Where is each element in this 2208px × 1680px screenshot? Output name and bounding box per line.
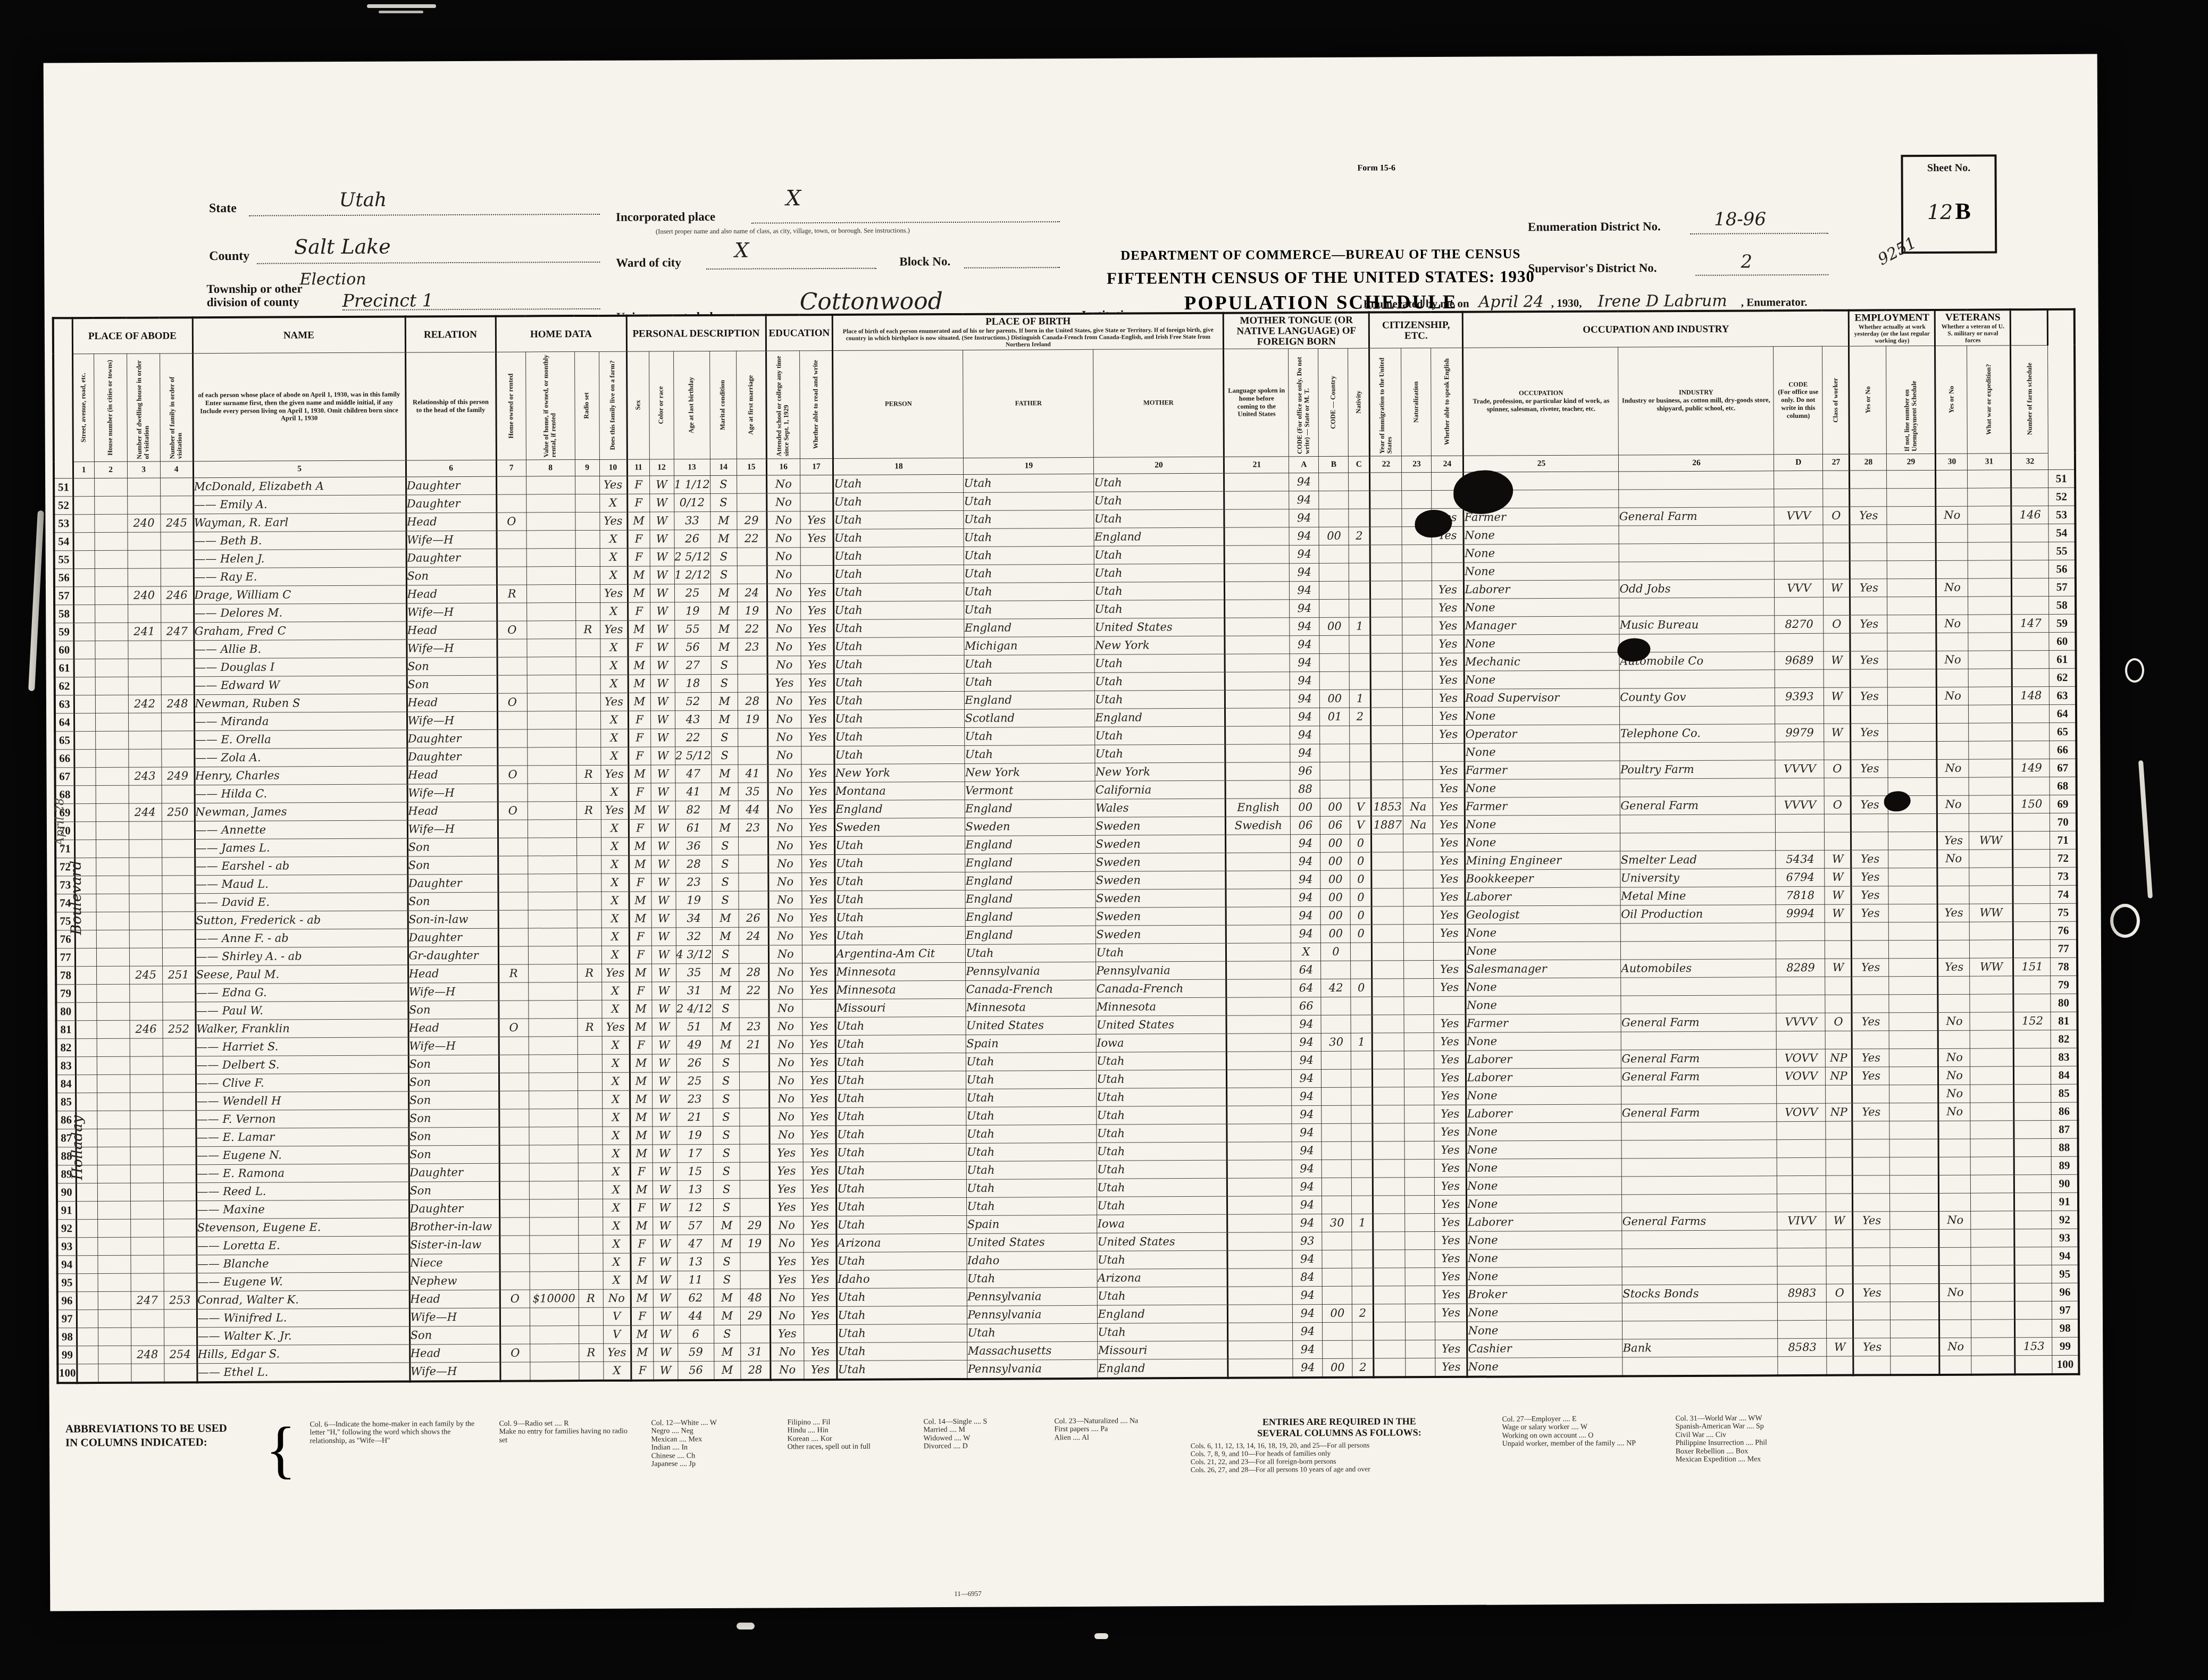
cell-line99-col27: W: [1827, 1338, 1853, 1356]
col-num-28: 28: [1850, 453, 1887, 470]
cell-line87-col25: None: [1466, 1122, 1621, 1141]
cell-line75-col22: [1372, 906, 1404, 924]
cell-line82-colA: 94: [1292, 1033, 1322, 1051]
cell-line76-col26: [1621, 922, 1776, 941]
cell-line100-col3: [131, 1364, 164, 1383]
cell-line52-col13: 0/12: [674, 493, 710, 511]
cell-line62-col12: W: [650, 674, 675, 692]
punch-hole: [2125, 658, 2144, 683]
cell-line74-col16: No: [768, 891, 802, 909]
cell-line53-col27: O: [1823, 507, 1850, 525]
cell-line55-col32: [2012, 542, 2049, 560]
line-number: 58: [54, 604, 73, 623]
cell-line86-col2: [97, 1111, 130, 1129]
cell-line54-col29: [1887, 524, 1936, 542]
cell-line76-col7: [498, 928, 528, 946]
cell-line62-col23: [1403, 671, 1433, 689]
cell-line53-col29: [1887, 506, 1936, 524]
cell-line54-col13: 26: [674, 530, 710, 548]
cell-line82-col16: No: [769, 1035, 802, 1053]
cell-line63-col8: [527, 693, 576, 711]
cell-line66-col30: [1937, 741, 1969, 759]
cell-line68-col21: [1225, 780, 1290, 799]
cell-line70-col21: Swedish: [1226, 816, 1291, 835]
cell-line95-col7: [500, 1272, 530, 1290]
cell-line88-col23: [1404, 1141, 1434, 1159]
cell-line70-colB: 06: [1320, 816, 1350, 834]
cell-line56-col9: [575, 566, 600, 584]
cell-line85-col6: Son: [408, 1091, 499, 1110]
cell-line66-col1: [74, 749, 95, 767]
cell-line96-col23: [1406, 1286, 1435, 1304]
cell-line57-colA: 94: [1290, 581, 1319, 599]
cell-line85-col32: [2014, 1084, 2051, 1102]
sheet-number-box: Sheet No. 12 B: [1901, 154, 1997, 254]
cell-line96-col17: Yes: [804, 1288, 837, 1306]
cell-line100-col20: England: [1098, 1359, 1228, 1379]
cell-line60-col4: [161, 640, 194, 658]
cell-line79-col14: M: [712, 981, 739, 999]
cell-line95-col16: Yes: [770, 1270, 804, 1288]
cell-line71-col20: Sweden: [1095, 835, 1226, 853]
line-number: 89: [2052, 1156, 2078, 1174]
cell-line64-colC: 2: [1350, 708, 1371, 726]
cell-line53-col6: Head: [406, 513, 496, 531]
cell-line65-col7: [497, 729, 527, 747]
cell-line68-col15: 35: [738, 783, 768, 801]
cell-line81-col22: [1372, 1014, 1404, 1032]
cell-line91-col27: [1826, 1194, 1853, 1212]
cell-line62-col24: Yes: [1433, 671, 1465, 689]
cell-line59-col24: Yes: [1432, 617, 1464, 635]
cell-line84-col2: [97, 1074, 130, 1093]
cell-line72-colC: 0: [1350, 852, 1371, 870]
cell-line78-col15: 28: [739, 963, 768, 981]
cell-line61-colB: [1319, 653, 1349, 671]
cell-line74-col21: [1226, 888, 1291, 907]
cell-line60-col3: [128, 641, 161, 659]
line-number: 82: [56, 1038, 76, 1056]
line-number: 88: [2051, 1138, 2078, 1156]
cell-line99-colA: 94: [1293, 1340, 1323, 1358]
cell-line65-colC: [1350, 726, 1371, 744]
cell-line74-col17: Yes: [802, 891, 835, 909]
cell-line53-col26: General Farm: [1619, 507, 1774, 525]
cell-line57-col29: [1887, 578, 1936, 597]
cell-line70-col20: Sweden: [1095, 817, 1226, 835]
township-value: Precinct 1: [342, 290, 433, 311]
cell-line66-colD: [1775, 742, 1824, 760]
cell-line66-col9: [576, 747, 600, 765]
cell-line90-col18: Utah: [837, 1179, 967, 1198]
cell-line85-col2: [97, 1093, 130, 1111]
cell-line54-col2: [95, 532, 128, 550]
cell-line66-col31: [1969, 741, 2012, 759]
cell-line76-col29: [1889, 922, 1938, 940]
cell-line89-col32: [2014, 1156, 2052, 1174]
col-label-5: of each person whose place of abode on A…: [193, 352, 406, 461]
cell-line52-col19: Utah: [964, 492, 1094, 510]
cell-line92-col30: No: [1939, 1211, 1971, 1229]
cell-line96-col2: [98, 1291, 131, 1309]
cell-line62-col31: [1969, 668, 2012, 686]
cell-line93-col3: [130, 1237, 163, 1255]
cell-line53-col19: Utah: [964, 510, 1094, 528]
cell-line65-col6: Daughter: [407, 729, 497, 748]
cell-line97-colD: [1778, 1302, 1827, 1320]
cell-line66-col16: No: [767, 746, 801, 764]
cell-line93-col26: [1622, 1230, 1777, 1248]
cell-line65-col15: [738, 728, 767, 746]
cell-line66-col14: S: [711, 746, 738, 765]
cell-line70-col18: Sweden: [835, 818, 965, 836]
cell-line52-col31: [1968, 488, 2011, 506]
cell-line82-col28: [1852, 1030, 1889, 1048]
cell-line74-colB: 00: [1320, 888, 1350, 906]
cell-line62-col25: None: [1465, 670, 1620, 689]
cell-line56-col29: [1887, 560, 1936, 578]
cell-line58-col30: [1936, 597, 1968, 615]
cell-line61-col29: [1887, 651, 1936, 669]
cell-line55-col15: [737, 548, 767, 566]
cell-line76-col28: [1852, 922, 1889, 940]
cell-line53-col20: Utah: [1094, 509, 1224, 528]
cell-line89-col7: [499, 1163, 529, 1181]
cell-line92-colA: 94: [1292, 1214, 1322, 1232]
cell-line96-col31: [1971, 1283, 2015, 1301]
cell-line53-colA: 94: [1289, 509, 1319, 527]
cell-line81-col29: [1889, 1012, 1938, 1030]
line-number: 61: [55, 659, 74, 677]
line-col-header: [53, 318, 73, 478]
cell-line96-col7: O: [500, 1290, 530, 1308]
cell-line54-col27: [1823, 525, 1850, 543]
col-label-9: Radio set: [574, 351, 599, 459]
cell-line64-col13: 43: [675, 710, 711, 728]
cell-line69-col9: R: [576, 801, 601, 819]
col-num-7: 7: [496, 460, 526, 476]
cell-line91-col9: [578, 1199, 603, 1217]
cell-line85-col17: Yes: [802, 1089, 836, 1107]
cell-line90-col7: [499, 1181, 529, 1199]
cell-line100-col2: [98, 1364, 131, 1383]
cell-line91-col4: [163, 1200, 196, 1219]
cell-line98-col8: [530, 1325, 579, 1343]
cell-line77-col27: [1825, 940, 1852, 959]
line-number: 65: [55, 731, 74, 749]
cell-line81-col25: Farmer: [1466, 1014, 1621, 1032]
enumerated-date: April 24: [1471, 292, 1551, 313]
cell-line61-col7: [497, 657, 527, 675]
cell-line96-colD: 8983: [1778, 1284, 1827, 1302]
cell-line93-col7: [499, 1236, 529, 1254]
cell-line83-col30: No: [1938, 1048, 1970, 1066]
cell-line75-col4: [162, 911, 195, 929]
cell-line61-col28: Yes: [1850, 651, 1887, 669]
cell-line59-col15: 22: [737, 620, 767, 638]
cell-line86-col32: [2014, 1102, 2051, 1120]
cell-line58-col17: Yes: [800, 601, 834, 619]
cell-line85-col10: X: [602, 1090, 630, 1108]
cell-line57-col2: [95, 586, 128, 604]
cell-line62-col3: [128, 677, 161, 695]
cell-line73-col25: Bookkeeper: [1465, 869, 1620, 888]
cell-line90-col5: —— Reed L.: [196, 1182, 409, 1201]
cell-line89-col28: [1853, 1157, 1890, 1175]
cell-line52-col32: [2011, 488, 2048, 506]
cell-line100-col31: [1971, 1355, 2015, 1374]
cell-line73-col32: [2013, 867, 2050, 885]
cell-line89-col26: [1622, 1157, 1777, 1176]
cell-line91-col17: Yes: [803, 1198, 837, 1216]
cell-line55-col8: [526, 548, 575, 566]
cell-line76-col21: [1226, 925, 1291, 943]
cell-line57-col13: 25: [674, 584, 710, 602]
cell-line80-col31: [1970, 994, 2013, 1012]
cell-line79-col26: [1621, 977, 1776, 995]
col-num-3: 3: [127, 461, 160, 478]
cell-line51-col12: W: [649, 475, 674, 493]
cell-line84-col22: [1373, 1069, 1404, 1087]
cell-line52-col6: Daughter: [406, 494, 496, 513]
cell-line87-col5: —— E. Lamar: [196, 1128, 408, 1147]
cell-line84-col4: [163, 1074, 196, 1092]
cell-line77-colA: X: [1291, 943, 1321, 961]
cell-line72-col24: Yes: [1433, 852, 1465, 870]
cell-line95-col21: [1228, 1268, 1293, 1287]
cell-line62-col17: Yes: [801, 674, 834, 692]
cell-line75-col7: [498, 910, 528, 928]
cell-line52-col20: Utah: [1094, 491, 1224, 510]
cell-line95-col2: [98, 1273, 131, 1291]
cell-line73-col6: Daughter: [407, 874, 498, 893]
cell-line61-col4: [161, 658, 194, 676]
cell-line80-col21: [1226, 997, 1291, 1015]
cell-line52-col1: [73, 496, 94, 514]
cell-line77-col9: [577, 946, 601, 964]
cell-line100-col23: [1406, 1358, 1435, 1377]
cell-line58-col29: [1887, 597, 1936, 615]
cell-line88-col32: [2014, 1138, 2051, 1156]
cell-line84-col6: Son: [408, 1073, 499, 1091]
cell-line67-col31: [1969, 759, 2012, 777]
cell-line93-col11: F: [630, 1235, 653, 1253]
cell-line61-col21: [1225, 653, 1290, 672]
line-number: 53: [2048, 506, 2075, 524]
cell-line90-col28: [1853, 1175, 1890, 1193]
cell-line79-col8: [528, 982, 577, 1000]
line-number: 54: [54, 532, 73, 550]
cell-line65-col31: [1969, 723, 2012, 741]
cell-line67-col8: [527, 765, 576, 783]
cell-line69-col14: M: [712, 801, 738, 819]
col-num-20: 20: [1094, 457, 1224, 474]
cell-line65-col27: W: [1824, 724, 1851, 742]
cell-line74-col24: Yes: [1433, 888, 1465, 906]
cell-line69-col12: W: [651, 801, 675, 819]
line-number: 100: [57, 1364, 77, 1383]
cell-line87-col4: [163, 1128, 196, 1146]
cell-line88-col24: Yes: [1434, 1141, 1466, 1159]
cell-line68-col25: None: [1465, 779, 1620, 797]
cell-line79-col10: X: [601, 982, 629, 1000]
cell-line55-col2: [95, 550, 128, 568]
cell-line90-col30: [1939, 1175, 1971, 1193]
cell-line89-col21: [1227, 1160, 1292, 1178]
col-num-B: B: [1319, 456, 1349, 473]
cell-line66-col20: Utah: [1095, 744, 1225, 763]
cell-line81-colB: [1321, 1015, 1351, 1033]
cell-line67-col24: Yes: [1433, 761, 1465, 779]
cell-line85-col4: [163, 1092, 196, 1110]
cell-line70-col23: Na: [1403, 816, 1433, 834]
cell-line100-col19: Pennsylvania: [967, 1359, 1098, 1379]
cell-line98-col23: [1406, 1322, 1435, 1340]
cell-line71-col11: M: [629, 837, 651, 855]
state-label: State: [209, 201, 237, 216]
cell-line55-col24: [1432, 544, 1464, 562]
cell-line86-col30: No: [1938, 1103, 1970, 1121]
cell-line67-col14: M: [712, 765, 738, 783]
cell-line78-col17: Yes: [802, 963, 835, 981]
cell-line94-col10: X: [603, 1253, 630, 1271]
cell-line69-col13: 82: [675, 801, 712, 819]
line-number: 74: [2050, 885, 2077, 903]
cell-line64-col17: Yes: [801, 710, 834, 728]
cell-line59-col21: [1225, 617, 1290, 636]
cell-line84-col3: [130, 1074, 163, 1093]
cell-line56-col20: Utah: [1094, 564, 1225, 582]
col-label-6: Relationship of this person to the head …: [405, 352, 496, 460]
cell-line70-col25: None: [1465, 815, 1620, 834]
cell-line61-col17: Yes: [801, 656, 834, 674]
cell-line92-col15: 29: [740, 1216, 770, 1234]
cell-line52-colA: 94: [1289, 491, 1319, 509]
line-number: 86: [2051, 1102, 2078, 1120]
sup-district-label: Supervisor's District No.: [1528, 261, 1657, 275]
abbr-col-14: Col. 14—Single .... S Married .... M Wid…: [923, 1417, 1040, 1451]
cell-line63-col28: Yes: [1851, 687, 1888, 705]
cell-line65-col18: Utah: [834, 727, 965, 746]
cell-line88-col27: [1826, 1139, 1852, 1157]
cell-line85-col7: [499, 1091, 529, 1109]
cell-line63-colB: 00: [1320, 690, 1350, 708]
cell-line62-col20: Utah: [1095, 672, 1225, 691]
line-number: 53: [54, 514, 73, 532]
cell-line69-col23: Na: [1403, 797, 1433, 816]
cell-line69-col20: Wales: [1095, 799, 1226, 817]
cell-line79-col23: [1404, 978, 1434, 996]
line-number: 56: [2049, 560, 2076, 578]
cell-line77-col18: Argentina-Am Cit: [835, 944, 966, 963]
cell-line94-col32: [2014, 1247, 2052, 1265]
cell-line81-col2: [97, 1020, 130, 1038]
cell-line51-col1: [73, 478, 94, 496]
line-number: 79: [2051, 976, 2077, 994]
cell-line98-col17: [804, 1324, 837, 1342]
cell-line68-col3: [129, 785, 162, 803]
cell-line100-col21: [1228, 1358, 1293, 1377]
cell-line80-col12: W: [651, 999, 676, 1018]
cell-line60-col11: F: [628, 639, 650, 657]
cell-line84-col17: Yes: [802, 1071, 836, 1089]
cell-line54-col4: [161, 532, 194, 550]
cell-line65-col17: Yes: [801, 728, 834, 746]
cell-line93-col21: [1227, 1232, 1292, 1250]
line-number: 64: [2050, 704, 2076, 723]
cell-line99-col19: Massachusetts: [967, 1341, 1098, 1360]
cell-line94-col20: Utah: [1097, 1250, 1227, 1269]
cell-line92-col11: M: [630, 1217, 653, 1235]
line-number: 66: [2050, 741, 2076, 759]
cell-line85-col3: [130, 1093, 163, 1111]
cell-line61-col6: Son: [407, 657, 497, 676]
cell-line79-col20: Canada-French: [1096, 979, 1226, 998]
cell-line52-colB: [1319, 491, 1349, 509]
cell-line90-col24: Yes: [1435, 1177, 1467, 1195]
cell-line83-col4: [163, 1056, 196, 1074]
cell-line61-col5: —— Douglas I: [194, 658, 407, 677]
cell-line96-col11: M: [631, 1289, 653, 1307]
cell-line95-colB: [1323, 1268, 1352, 1286]
cell-line94-col13: 13: [677, 1253, 713, 1271]
cell-line67-col27: O: [1824, 760, 1851, 778]
cell-line83-col25: Laborer: [1466, 1050, 1621, 1069]
cell-line77-col28: [1852, 940, 1889, 958]
cell-line77-col23: [1404, 942, 1434, 960]
cell-line71-col21: [1226, 834, 1291, 853]
cell-line75-col20: Sweden: [1096, 907, 1226, 926]
cell-line77-col22: [1372, 942, 1404, 960]
cell-line60-col6: Wife—H: [406, 639, 497, 658]
cell-line94-col14: S: [714, 1253, 740, 1271]
cell-line91-col6: Daughter: [409, 1199, 499, 1218]
cell-line93-col13: 47: [677, 1234, 713, 1253]
cell-line53-col5: Wayman, R. Earl: [193, 513, 406, 532]
cell-line58-col24: Yes: [1432, 599, 1464, 617]
cell-line83-colD: VOVV: [1777, 1049, 1826, 1067]
cell-line65-col24: Yes: [1433, 725, 1465, 743]
cell-line73-col31: [1969, 867, 2013, 885]
cell-line86-col28: Yes: [1852, 1103, 1889, 1121]
line-number: 94: [2052, 1247, 2078, 1265]
cell-line52-col16: No: [766, 493, 800, 511]
cell-line72-col28: Yes: [1851, 850, 1888, 868]
cell-line76-col16: No: [768, 927, 802, 945]
col-label-8: Value of home, if owned, or monthly rent…: [525, 351, 575, 459]
enumerated-year: , 1930,: [1551, 297, 1582, 309]
cell-line56-col8: [526, 566, 575, 584]
cell-line89-col30: [1939, 1157, 1971, 1175]
cell-line57-col24: Yes: [1432, 581, 1464, 599]
cell-line59-col4: 247: [161, 622, 194, 640]
cell-line80-colA: 66: [1291, 997, 1321, 1015]
cell-line78-colC: [1351, 961, 1372, 979]
cell-line84-col29: [1889, 1066, 1938, 1085]
cell-line54-col31: [1968, 524, 2011, 542]
cell-line86-col8: [529, 1108, 578, 1127]
cell-line100-col16: No: [771, 1360, 804, 1380]
cell-line72-col21: [1226, 852, 1291, 871]
cell-line94-col11: F: [630, 1253, 653, 1271]
cell-line80-colD: [1776, 995, 1825, 1013]
cell-line79-col7: [498, 982, 528, 1001]
cell-line83-col19: Utah: [966, 1052, 1097, 1071]
cell-line98-col21: [1228, 1322, 1293, 1341]
cell-line59-col17: Yes: [800, 619, 834, 637]
cell-line61-col3: [128, 659, 161, 677]
cell-line78-colB: [1321, 961, 1351, 979]
